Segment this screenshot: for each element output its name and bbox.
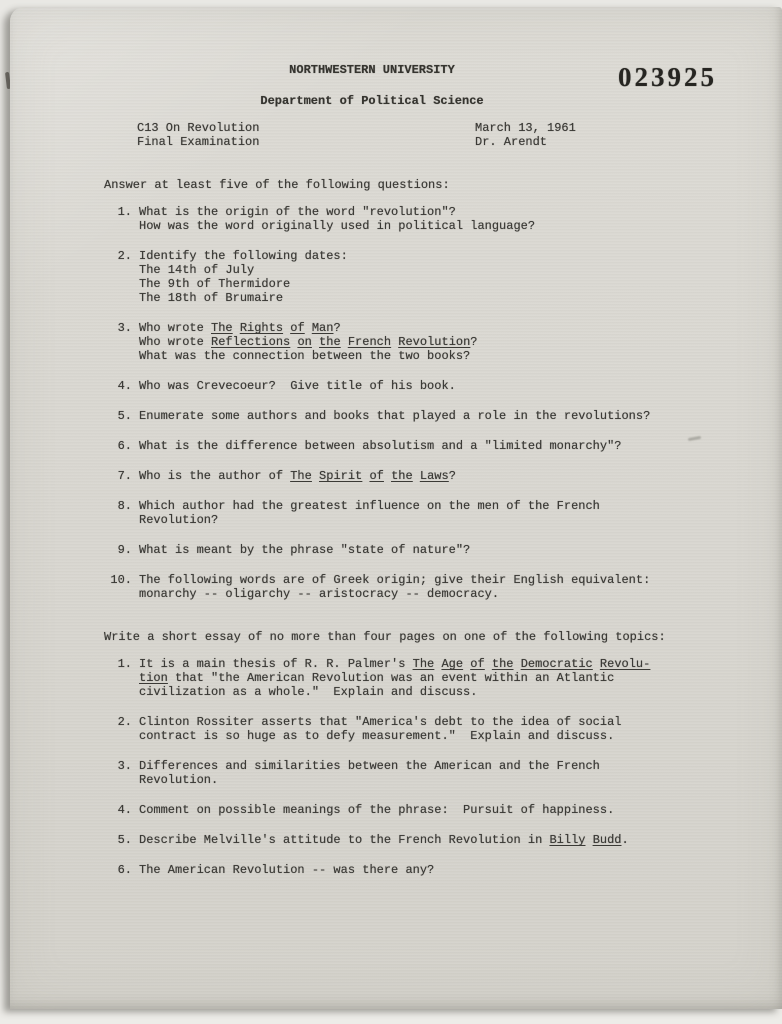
exam-date: March 13, 1961 — [475, 121, 576, 135]
question-line: The American Revolution -- was there any… — [139, 863, 434, 877]
question-item: 5.Enumerate some authors and books that … — [104, 409, 764, 423]
question-line: What was the connection between the two … — [139, 349, 478, 363]
question-item: 5.Describe Melville's attitude to the Fr… — [104, 833, 764, 847]
essay-topics-list: 1.It is a main thesis of R. R. Palmer's … — [104, 657, 764, 877]
question-number: 5. — [104, 409, 132, 423]
question-line: How was the word originally used in poli… — [139, 219, 535, 233]
question-line: Who wrote The Rights of Man? — [139, 321, 478, 335]
question-number: 7. — [104, 469, 132, 483]
question-line: Who is the author of The Spirit of the L… — [139, 469, 456, 483]
question-item: 1.What is the origin of the word "revolu… — [104, 205, 764, 233]
question-line: The 14th of July — [139, 263, 348, 277]
exam-page: 023925 NORTHWESTERN UNIVERSITY Departmen… — [10, 7, 782, 1009]
question-line: Differences and similarities between the… — [139, 759, 600, 773]
question-number: 2. — [104, 715, 132, 743]
question-line: civilization as a whole." Explain and di… — [139, 685, 650, 699]
question-item: 3.Who wrote The Rights of Man?Who wrote … — [104, 321, 764, 363]
question-item: 7.Who is the author of The Spirit of the… — [104, 469, 764, 483]
questions-instruction: Answer at least five of the following qu… — [104, 178, 764, 192]
question-item: 6.The American Revolution -- was there a… — [104, 863, 764, 877]
question-line: monarchy -- oligarchy -- aristocracy -- … — [139, 587, 650, 601]
essay-instruction: Write a short essay of no more than four… — [104, 630, 764, 644]
question-number: 1. — [104, 657, 132, 699]
question-line: What is the origin of the word "revoluti… — [139, 205, 535, 219]
question-item: 2.Clinton Rossiter asserts that "America… — [104, 715, 764, 743]
question-number: 8. — [104, 499, 132, 527]
question-line: What is meant by the phrase "state of na… — [139, 543, 470, 557]
question-item: 3.Differences and similarities between t… — [104, 759, 764, 787]
question-item: 9.What is meant by the phrase "state of … — [104, 543, 764, 557]
question-number: 6. — [104, 863, 132, 877]
question-item: 6.What is the difference between absolut… — [104, 439, 764, 453]
question-line: What is the difference between absolutis… — [139, 439, 621, 453]
question-line: It is a main thesis of R. R. Palmer's Th… — [139, 657, 650, 671]
question-number: 4. — [104, 803, 132, 817]
department-title: Department of Political Science — [98, 94, 646, 108]
question-item: 10.The following words are of Greek orig… — [104, 573, 764, 601]
exam-body: Answer at least five of the following qu… — [104, 178, 764, 877]
question-item: 4.Who was Crevecoeur? Give title of his … — [104, 379, 764, 393]
question-line: The following words are of Greek origin;… — [139, 573, 650, 587]
university-title: NORTHWESTERN UNIVERSITY — [98, 63, 646, 77]
question-number: 1. — [104, 205, 132, 233]
question-number: 6. — [104, 439, 132, 453]
question-line: Describe Melville's attitude to the Fren… — [139, 833, 629, 847]
question-number: 9. — [104, 543, 132, 557]
question-line: Which author had the greatest influence … — [139, 499, 600, 513]
question-line: Identify the following dates: — [139, 249, 348, 263]
instructor-name: Dr. Arendt — [475, 135, 576, 149]
question-number: 10. — [104, 573, 132, 601]
question-item: 1.It is a main thesis of R. R. Palmer's … — [104, 657, 764, 699]
exam-meta: March 13, 1961 Dr. Arendt — [475, 121, 576, 149]
question-item: 8.Which author had the greatest influenc… — [104, 499, 764, 527]
question-line: Enumerate some authors and books that pl… — [139, 409, 650, 423]
question-line: The 18th of Brumaire — [139, 291, 348, 305]
question-item: 2.Identify the following dates:The 14th … — [104, 249, 764, 305]
course-name: C13 On Revolution — [137, 121, 259, 135]
questions-list: 1.What is the origin of the word "revolu… — [104, 205, 764, 601]
question-line: Revolution. — [139, 773, 600, 787]
question-line: Comment on possible meanings of the phra… — [139, 803, 614, 817]
exam-type: Final Examination — [137, 135, 259, 149]
scan-background: 023925 NORTHWESTERN UNIVERSITY Departmen… — [0, 0, 782, 1024]
question-number: 4. — [104, 379, 132, 393]
question-number: 5. — [104, 833, 132, 847]
question-line: Revolution? — [139, 513, 600, 527]
question-line: Clinton Rossiter asserts that "America's… — [139, 715, 621, 729]
question-number: 3. — [104, 759, 132, 787]
course-info: C13 On Revolution Final Examination — [137, 121, 259, 149]
question-number: 2. — [104, 249, 132, 305]
question-line: Who was Crevecoeur? Give title of his bo… — [139, 379, 456, 393]
question-line: Who wrote Reflections on the French Revo… — [139, 335, 478, 349]
question-number: 3. — [104, 321, 132, 363]
question-item: 4.Comment on possible meanings of the ph… — [104, 803, 764, 817]
question-line: The 9th of Thermidore — [139, 277, 348, 291]
question-line: contract is so huge as to defy measureme… — [139, 729, 621, 743]
question-line: tion that "the American Revolution was a… — [139, 671, 650, 685]
